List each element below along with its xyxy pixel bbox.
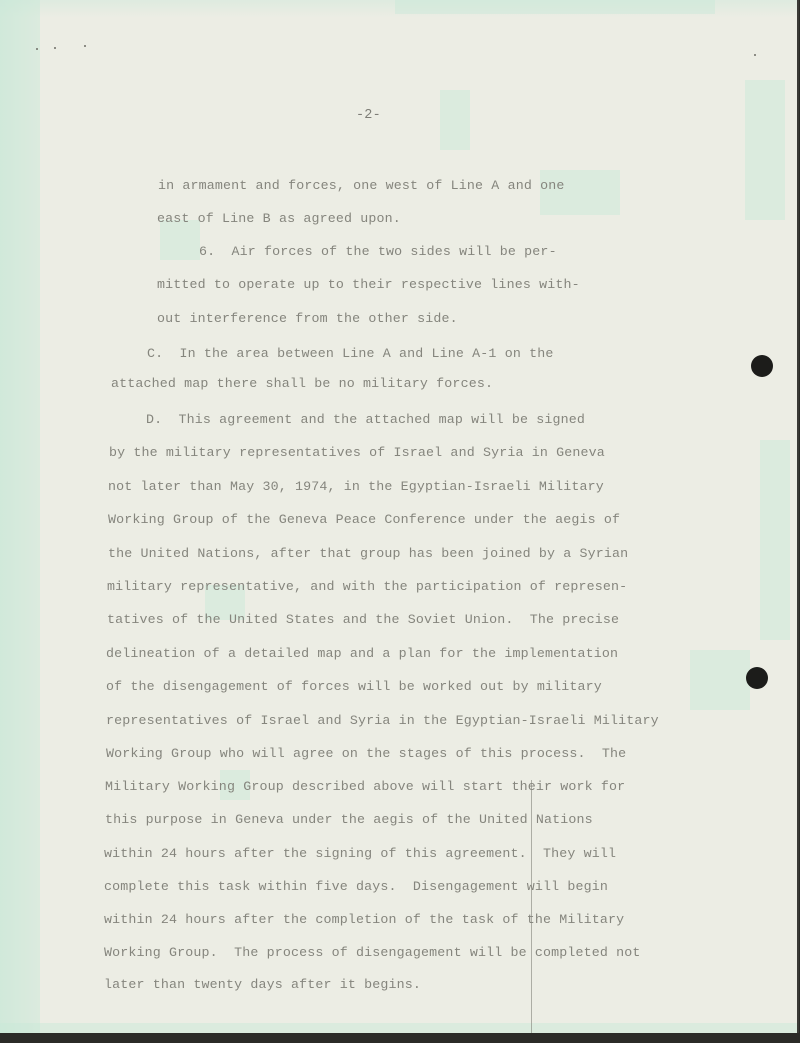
text-line: Working Group of the Geneva Peace Confer… bbox=[108, 512, 620, 528]
text-line: C. In the area between Line A and Line A… bbox=[147, 346, 553, 362]
text-line: complete this task within five days. Dis… bbox=[104, 879, 608, 895]
text-line: of the disengagement of forces will be w… bbox=[106, 679, 602, 695]
scan-tint bbox=[760, 440, 790, 640]
text-line: the United Nations, after that group has… bbox=[108, 546, 628, 562]
scan-tint bbox=[0, 0, 40, 1033]
punch-hole-top bbox=[751, 355, 773, 377]
text-line: by the military representatives of Israe… bbox=[109, 445, 605, 461]
text-line: out interference from the other side. bbox=[157, 311, 458, 327]
text-line: within 24 hours after the signing of thi… bbox=[104, 846, 616, 862]
scan-tint bbox=[395, 0, 715, 14]
scan-tint bbox=[440, 90, 470, 150]
text-line: in armament and forces, one west of Line… bbox=[158, 178, 564, 194]
text-line: military representative, and with the pa… bbox=[107, 579, 627, 595]
punch-hole-bottom bbox=[746, 667, 768, 689]
text-line: mitted to operate up to their respective… bbox=[157, 277, 580, 293]
scan-speck bbox=[754, 54, 756, 56]
scan-speck bbox=[54, 47, 56, 49]
scan-speck bbox=[84, 45, 86, 47]
text-line: this purpose in Geneva under the aegis o… bbox=[105, 812, 593, 828]
scan-tint bbox=[745, 80, 785, 220]
text-line: east of Line B as agreed upon. bbox=[157, 211, 401, 227]
page-number: -2- bbox=[356, 108, 381, 123]
document-page: -2- in armament and forces, one west of … bbox=[0, 0, 799, 1033]
text-line: tatives of the United States and the Sov… bbox=[107, 612, 619, 628]
scan-speck bbox=[36, 48, 38, 50]
text-line: delineation of a detailed map and a plan… bbox=[106, 646, 618, 662]
text-line: within 24 hours after the completion of … bbox=[104, 912, 624, 928]
text-line: Working Group who will agree on the stag… bbox=[106, 746, 626, 762]
text-line: Military Working Group described above w… bbox=[105, 779, 625, 795]
scan-tint bbox=[0, 1023, 797, 1033]
text-line: not later than May 30, 1974, in the Egyp… bbox=[108, 479, 604, 495]
text-line: 6. Air forces of the two sides will be p… bbox=[199, 244, 557, 260]
text-line: Working Group. The process of disengagem… bbox=[104, 945, 641, 961]
text-line: attached map there shall be no military … bbox=[111, 376, 493, 392]
text-line: D. This agreement and the attached map w… bbox=[146, 412, 585, 428]
scan-tint bbox=[690, 650, 750, 710]
text-line: later than twenty days after it begins. bbox=[104, 977, 421, 993]
text-line: representatives of Israel and Syria in t… bbox=[106, 713, 659, 729]
